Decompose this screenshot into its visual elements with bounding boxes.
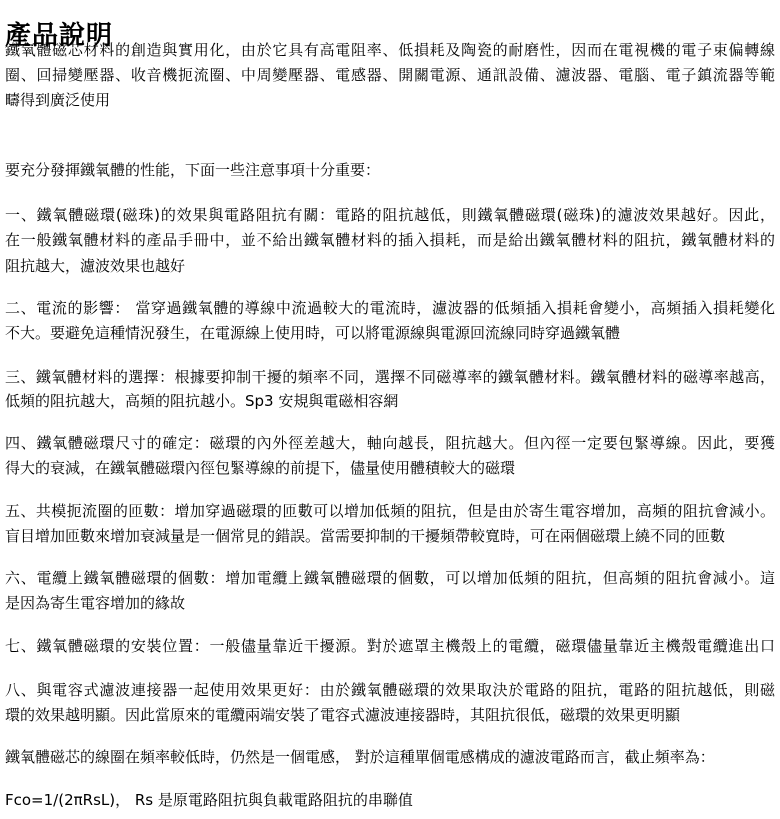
paragraph-line: 得大的衰減，在鐵氧體磁環內徑包緊導線的前提下，儘量使用體積較大的磁環 bbox=[5, 458, 515, 478]
paragraph-line: 二、電流的影響： 當穿過鐵氧體的導線中流過較大的電流時，濾波器的低頻插入損耗會變… bbox=[5, 298, 775, 318]
paragraph-line: 盲目增加匝數來增加衰減量是一個常見的錯誤。當需要抑制的干擾頻帶較寬時，可在兩個磁… bbox=[5, 526, 725, 546]
paragraph-line: 五、共模扼流圈的匝數：增加穿過磁環的匝數可以增加低頻的阻抗，但是由於寄生電容增加… bbox=[5, 501, 775, 521]
paragraph-line: 不大。要避免這種情況發生，在電源線上使用時，可以將電源線與電源回流線同時穿過鐵氧… bbox=[5, 323, 620, 343]
paragraph-line: 八、與電容式濾波連接器一起使用效果更好：由於鐵氧體磁環的效果取決於電路的阻抗，電… bbox=[5, 680, 775, 700]
paragraph-line: 圈、回掃變壓器、收音機扼流圈、中周變壓器、電感器、開關電源、通訊設備、濾波器、電… bbox=[5, 65, 775, 85]
paragraph-line: 環的效果越明顯。因此當原來的電纜兩端安裝了電容式濾波連接器時，其阻抗很低，磁環的… bbox=[5, 705, 680, 725]
cutoff-frequency-formula: Fco=1/(2πRsL)， Rs 是原電路阻抗與負載電路阻抗的串聯值 bbox=[5, 790, 413, 810]
paragraph-line: 阻抗越大，濾波效果也越好 bbox=[5, 256, 185, 276]
paragraph-line: 低頻的阻抗越大，高頻的阻抗越小。Sp3 安規與電磁相容網 bbox=[5, 391, 398, 411]
paragraph-line: 鐵氧體磁芯的線圈在頻率較低時，仍然是一個電感， 對於這種單個電感構成的濾波電路而… bbox=[5, 747, 715, 767]
paragraph-line: 要充分發揮鐵氧體的性能，下面一些注意事項十分重要： bbox=[5, 160, 380, 180]
paragraph-line: 疇得到廣泛使用 bbox=[5, 90, 110, 110]
paragraph-line: 鐵氧體磁芯材料的創造與實用化，由於它具有高電阻率、低損耗及陶瓷的耐磨性，因而在電… bbox=[5, 40, 775, 60]
paragraph-line: 四、鐵氧體磁環尺寸的確定：磁環的內外徑差越大，軸向越長，阻抗越大。但內徑一定要包… bbox=[5, 433, 775, 453]
paragraph-line: 三、鐵氧體材料的選擇：根據要抑制干擾的頻率不同，選擇不同磁導率的鐵氧體材料。鐵氧… bbox=[5, 367, 775, 387]
paragraph-line: 是因為寄生電容增加的緣故 bbox=[5, 593, 185, 613]
paragraph-line: 六、電纜上鐵氧體磁環的個數：增加電纜上鐵氧體磁環的個數，可以增加低頻的阻抗，但高… bbox=[5, 568, 775, 588]
paragraph-line: 在一般鐵氧體材料的產品手冊中，並不給出鐵氧體材料的插入損耗，而是給出鐵氧體材料的… bbox=[5, 230, 775, 250]
paragraph-line: 七、鐵氧體磁環的安裝位置：一般儘量靠近干擾源。對於遮罩主機殼上的電纜，磁環儘量靠… bbox=[5, 636, 775, 656]
paragraph-line: 一、鐵氧體磁環(磁珠)的效果與電路阻抗有關：電路的阻抗越低，則鐵氧體磁環(磁珠)… bbox=[5, 205, 775, 225]
